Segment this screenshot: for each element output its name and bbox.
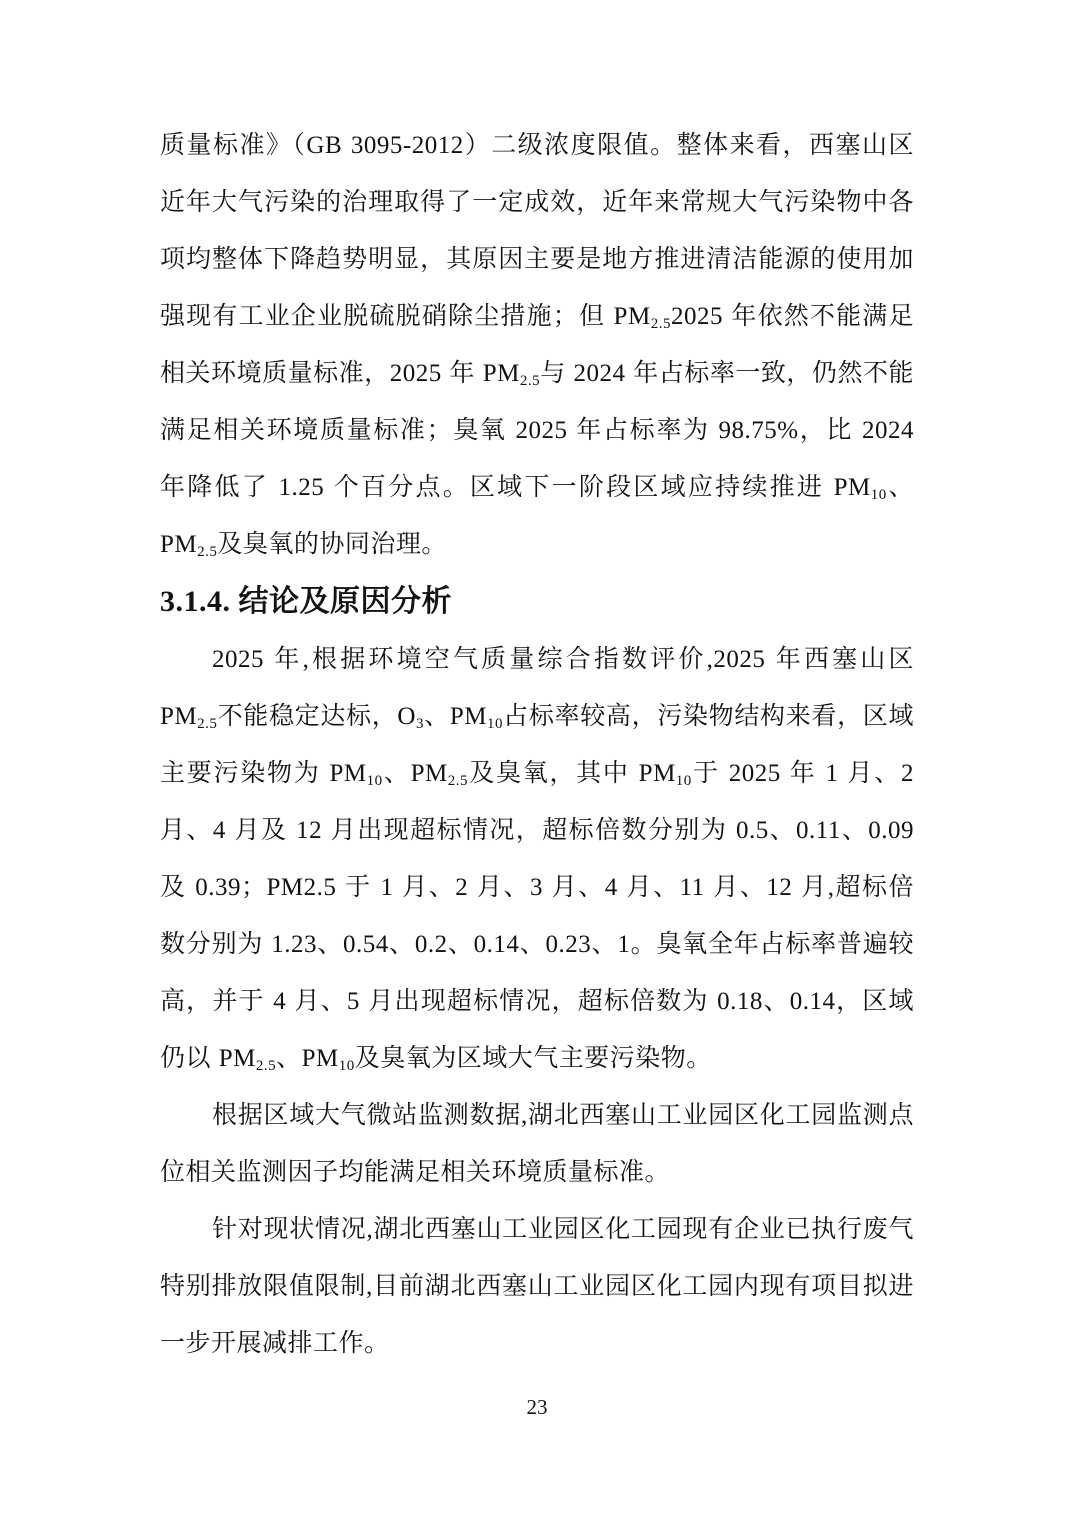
text-run: 、PM — [424, 703, 487, 730]
subscript-text: 2.5 — [197, 544, 217, 560]
text-run: 及臭氧，其中 PM — [468, 760, 676, 787]
text-run: 及臭氧的协同治理。 — [217, 531, 447, 558]
paragraph: 质量标准》（GB 3095-2012）二级浓度限值。整体来看，西塞山区近年大气污… — [160, 117, 914, 573]
document-page: 质量标准》（GB 3095-2012）二级浓度限值。整体来看，西塞山区近年大气污… — [0, 0, 1074, 1520]
paragraph: 针对现状情况,湖北西塞山工业园区化工园现有企业已执行废气特别排放限值限制,目前湖… — [160, 1201, 914, 1372]
subscript-text: 2.5 — [520, 373, 540, 389]
subscript-text: 10 — [339, 1058, 355, 1074]
text-run: 、PM — [276, 1045, 339, 1072]
text-run: 、PM — [383, 760, 448, 787]
text-run: 结论及原因分析 — [239, 585, 453, 618]
subscript-text: 10 — [367, 773, 383, 789]
text-run: 针对现状情况,湖北西塞山工业园区化工园现有企业已执行废气特别排放限值限制,目前湖… — [160, 1216, 914, 1357]
document-body: 质量标准》（GB 3095-2012）二级浓度限值。整体来看，西塞山区近年大气污… — [160, 117, 914, 1372]
subscript-text: 2.5 — [256, 1058, 276, 1074]
subscript-text: 3 — [416, 716, 424, 732]
subscript-text: 2.5 — [651, 316, 671, 332]
text-run: 根据区域大气微站监测数据,湖北西塞山工业园区化工园监测点位相关监测因子均能满足相… — [160, 1102, 914, 1186]
subscript-text: 10 — [871, 487, 887, 503]
text-run: 3.1.4. — [160, 585, 231, 618]
subscript-text: 2.5 — [197, 716, 217, 732]
paragraph: 2025 年,根据环境空气质量综合指数评价,2025 年西塞山区 PM2.5不能… — [160, 631, 914, 1087]
text-run: 质量标准》（GB 3095-2012）二级浓度限值。整体来看，西塞山区近年大气污… — [160, 132, 914, 330]
text-run: 不能稳定达标，O — [217, 703, 416, 730]
section-heading: 3.1.4.结论及原因分析 — [160, 573, 914, 631]
page-number: 23 — [0, 1392, 1074, 1422]
paragraph: 根据区域大气微站监测数据,湖北西塞山工业园区化工园监测点位相关监测因子均能满足相… — [160, 1087, 914, 1201]
subscript-text: 2.5 — [448, 773, 468, 789]
subscript-text: 10 — [487, 716, 503, 732]
text-run: 及臭氧为区域大气主要污染物。 — [355, 1045, 712, 1072]
subscript-text: 10 — [676, 773, 692, 789]
text-run: 于 2025 年 1 月、2 月、4 月及 12 月出现超标情况，超标倍数分别为… — [160, 760, 914, 1072]
